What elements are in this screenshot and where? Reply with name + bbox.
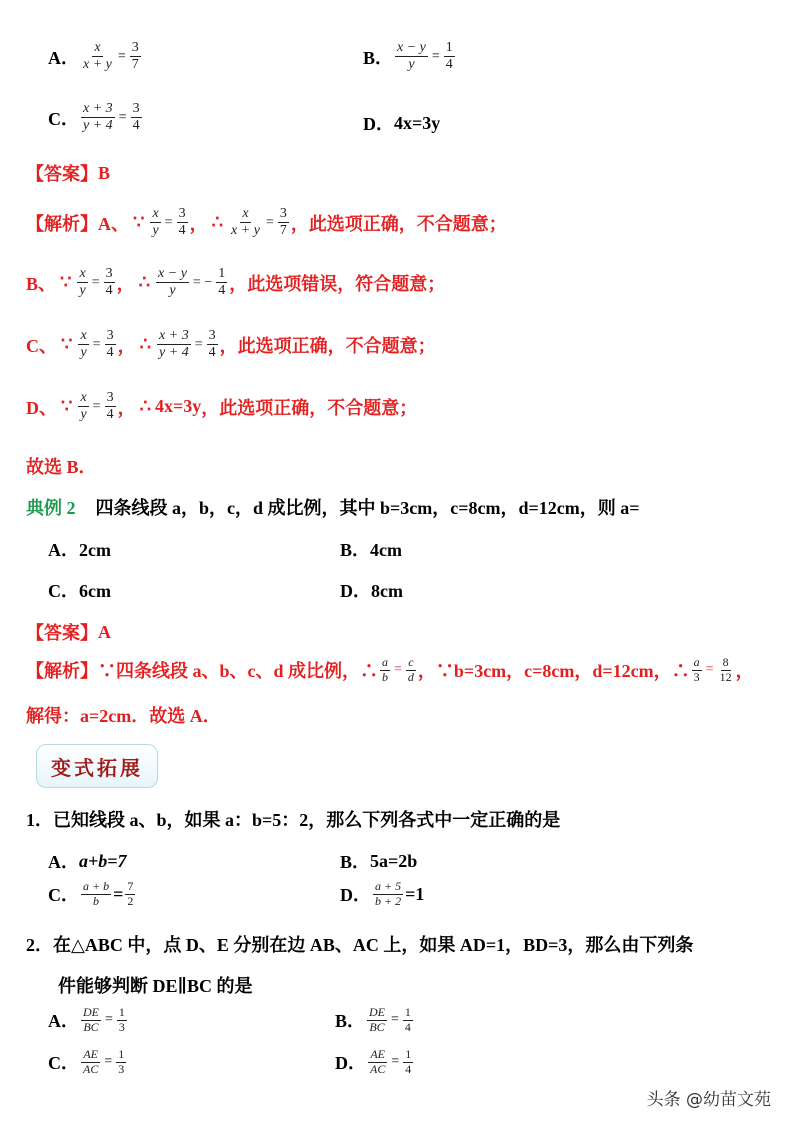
exercise1-option-d: D． a + 5b + 2 =1 bbox=[340, 880, 424, 909]
option-label: B． bbox=[340, 848, 370, 874]
denominator: 2 bbox=[125, 895, 135, 909]
analysis-text: ∵四条线段 a、b、c、d 成比例，∴ bbox=[98, 657, 378, 683]
numerator: x bbox=[78, 328, 88, 345]
exercise1-question: 1．已知线段 a、b，如果 a：b=5：2，那么下列各式中一定正确的是 bbox=[26, 806, 560, 832]
fraction: 34 bbox=[104, 266, 115, 299]
denominator: y bbox=[406, 57, 416, 73]
fraction: AEAC bbox=[368, 1048, 387, 1077]
equals: = bbox=[93, 337, 101, 353]
denominator: 4 bbox=[403, 1021, 413, 1035]
numerator: 3 bbox=[278, 206, 289, 223]
denominator: y bbox=[78, 345, 88, 361]
watermark-text: 头条 @幼苗文苑 bbox=[647, 1090, 771, 1110]
fraction: 34 bbox=[177, 206, 188, 239]
section-banner-title: 变式拓展 bbox=[51, 752, 143, 781]
fraction: 37 bbox=[278, 206, 289, 239]
ex1-option-a: A． xx + y = 37 bbox=[48, 40, 143, 73]
fraction: xy bbox=[150, 206, 160, 239]
answer-tag: 【答案】 bbox=[26, 619, 98, 645]
equals: = bbox=[105, 1012, 113, 1028]
analysis-text: ，∵b=3cm，c=8cm，d=12cm，∴ bbox=[418, 657, 690, 683]
exercise2-option-b: B． DEBC = 14 bbox=[335, 1006, 415, 1035]
comma: ， bbox=[118, 394, 136, 420]
numerator: 3 bbox=[104, 266, 115, 283]
fraction: xy bbox=[78, 328, 88, 361]
numerator: 1 bbox=[117, 1006, 127, 1021]
fraction: x − yy bbox=[156, 266, 189, 299]
equals: = − bbox=[193, 275, 212, 291]
fraction: xx + y bbox=[81, 40, 114, 73]
equals: = bbox=[93, 399, 101, 415]
numerator: 7 bbox=[125, 880, 135, 895]
equals: = bbox=[706, 662, 714, 678]
denominator: 4 bbox=[105, 407, 116, 423]
numerator: x bbox=[78, 390, 88, 407]
fraction: 812 bbox=[718, 656, 734, 685]
denominator: 4 bbox=[403, 1063, 413, 1077]
numerator: 3 bbox=[207, 328, 218, 345]
ex1-conclusion: 故选 B． bbox=[26, 453, 97, 479]
exercise2-question-line2: 件能够判断 DE∥BC 的是 bbox=[58, 972, 253, 998]
numerator: x bbox=[240, 206, 250, 223]
denominator: 4 bbox=[216, 283, 227, 299]
denominator: y bbox=[77, 283, 87, 299]
because-symbol: ∵ bbox=[61, 334, 72, 355]
option-label: A． bbox=[48, 1007, 79, 1033]
ex2-analysis: 【解析】 ∵四条线段 a、b、c、d 成比例，∴ ab = cd ，∵b=3cm… bbox=[26, 656, 754, 685]
equals: = bbox=[432, 49, 440, 65]
numerator: x + 3 bbox=[157, 328, 191, 345]
question-text: 1．已知线段 a、b，如果 a：b=5：2，那么下列各式中一定正确的是 bbox=[26, 806, 560, 832]
question-text: 件能够判断 DE∥BC 的是 bbox=[58, 972, 253, 998]
exercise1-option-b: B． 5a=2b bbox=[340, 848, 417, 874]
fraction: DEBC bbox=[81, 1006, 101, 1035]
numerator: a bbox=[380, 656, 390, 671]
numerator: x bbox=[150, 206, 160, 223]
because-symbol: ∵ bbox=[60, 272, 71, 293]
fraction: 14 bbox=[403, 1006, 413, 1035]
numerator: 3 bbox=[130, 40, 141, 57]
option-text: B．4cm bbox=[340, 536, 402, 562]
option-label: C． bbox=[48, 1049, 79, 1075]
denominator: y bbox=[78, 407, 88, 423]
numerator: a bbox=[692, 656, 702, 671]
equals: = bbox=[104, 1054, 112, 1070]
denominator: y + 4 bbox=[157, 345, 191, 361]
fraction: x + 3y + 4 bbox=[81, 101, 115, 134]
question-text: 2．在△ABC 中，点 D、E 分别在边 AB、AC 上，如果 AD=1，BD=… bbox=[26, 931, 693, 957]
numerator: a + 5 bbox=[373, 880, 403, 895]
option-label: B． bbox=[335, 1007, 365, 1033]
option-tail: =1 bbox=[405, 884, 424, 905]
exercise2-option-d: D． AEAC = 14 bbox=[335, 1048, 415, 1077]
denominator: 7 bbox=[278, 223, 289, 239]
ex1-analysis-a: 【解析】 A、 ∵ xy = 34 ， ∴ xx + y = 37 ，此选项正确… bbox=[26, 206, 507, 239]
denominator: 4 bbox=[131, 118, 142, 134]
equals: = bbox=[394, 662, 402, 678]
numerator: 3 bbox=[105, 390, 116, 407]
denominator: d bbox=[406, 671, 416, 685]
question-text: 四条线段 a，b，c，d 成比例，其中 b=3cm，c=8cm，d=12cm，则… bbox=[96, 494, 640, 520]
because-symbol: ∵ bbox=[61, 396, 72, 417]
numerator: 1 bbox=[444, 40, 455, 57]
fraction: 14 bbox=[216, 266, 227, 299]
case-text: ，此选项正确，不合题意； bbox=[220, 332, 436, 358]
analysis-text: ， bbox=[736, 657, 754, 683]
therefore-symbol: ∴ bbox=[139, 272, 150, 293]
fraction: 37 bbox=[130, 40, 141, 73]
denominator: b bbox=[91, 895, 101, 909]
equals: = bbox=[118, 49, 126, 65]
ex1-analysis-d: D、 ∵ xy = 34 ， ∴ 4x=3y ，此选项正确，不合题意； bbox=[26, 390, 417, 423]
fraction: AEAC bbox=[81, 1048, 100, 1077]
equals: = bbox=[92, 275, 100, 291]
because-symbol: ∵ bbox=[133, 212, 144, 233]
therefore-symbol: ∴ bbox=[140, 334, 151, 355]
equals: = bbox=[119, 110, 127, 126]
numerator: c bbox=[406, 656, 415, 671]
option-label: D． bbox=[340, 881, 371, 907]
denominator: y bbox=[150, 223, 160, 239]
numerator: a + b bbox=[81, 880, 111, 895]
ex1-answer: 【答案】 B bbox=[26, 160, 110, 186]
fraction: cd bbox=[406, 656, 416, 685]
numerator: 3 bbox=[105, 328, 116, 345]
numerator: x bbox=[77, 266, 87, 283]
fraction: x − yy bbox=[395, 40, 428, 73]
fraction: 13 bbox=[117, 1006, 127, 1035]
option-label: A． bbox=[48, 44, 79, 70]
case-text: ，此选项正确，不合题意； bbox=[201, 394, 417, 420]
equals: = bbox=[391, 1012, 399, 1028]
case-prefix: B、 bbox=[26, 270, 56, 296]
denominator: 4 bbox=[207, 345, 218, 361]
ex1-option-b: B． x − yy = 14 bbox=[363, 40, 457, 73]
ex2-answer: 【答案】 A bbox=[26, 619, 111, 645]
equals: = bbox=[165, 215, 173, 231]
fraction: 34 bbox=[105, 390, 116, 423]
fraction: 14 bbox=[403, 1048, 413, 1077]
option-label: C． bbox=[48, 105, 79, 131]
case-prefix: D、 bbox=[26, 394, 57, 420]
fraction: xx + y bbox=[229, 206, 262, 239]
fraction: 34 bbox=[105, 328, 116, 361]
fraction: 13 bbox=[116, 1048, 126, 1077]
fraction: x + 3y + 4 bbox=[157, 328, 191, 361]
numerator: AE bbox=[368, 1048, 387, 1063]
answer-tag: 【答案】 bbox=[26, 160, 98, 186]
fraction: ab bbox=[380, 656, 390, 685]
fraction: a3 bbox=[692, 656, 702, 685]
numerator: 1 bbox=[116, 1048, 126, 1063]
numerator: 8 bbox=[721, 656, 731, 671]
exercise2-question-line1: 2．在△ABC 中，点 D、E 分别在边 AB、AC 上，如果 AD=1，BD=… bbox=[26, 931, 693, 957]
numerator: DE bbox=[367, 1006, 387, 1021]
denominator: AC bbox=[368, 1063, 387, 1077]
denominator: 3 bbox=[692, 671, 702, 685]
option-text: A．2cm bbox=[48, 536, 111, 562]
case-text: ，此选项正确，不合题意； bbox=[291, 210, 507, 236]
denominator: 4 bbox=[104, 283, 115, 299]
fraction: 14 bbox=[444, 40, 455, 73]
analysis-tag: 【解析】 bbox=[26, 210, 98, 236]
therefore-symbol: ∴ bbox=[140, 396, 151, 417]
analysis-tag: 【解析】 bbox=[26, 657, 98, 683]
numerator: x bbox=[92, 40, 102, 57]
denominator: 4 bbox=[444, 57, 455, 73]
denominator: y + 4 bbox=[81, 118, 115, 134]
option-text: a+b=7 bbox=[79, 851, 127, 872]
equals: = bbox=[391, 1054, 399, 1070]
ex1-analysis-b: B、 ∵ xy = 34 ， ∴ x − yy = − 14 ，此选项错误，符合… bbox=[26, 266, 445, 299]
numerator: AE bbox=[81, 1048, 100, 1063]
numerator: 1 bbox=[403, 1048, 413, 1063]
comma: ， bbox=[117, 270, 135, 296]
result-text: 4x=3y bbox=[155, 396, 201, 417]
denominator: AC bbox=[81, 1063, 100, 1077]
ex1-analysis-c: C、 ∵ xy = 34 ， ∴ x + 3y + 4 = 34 ，此选项正确，… bbox=[26, 328, 436, 361]
analysis-text: 解得：a=2cm．故选 A． bbox=[26, 702, 221, 728]
fraction: xy bbox=[78, 390, 88, 423]
answer-value: B bbox=[98, 163, 110, 184]
ex2-option-b: B．4cm bbox=[340, 536, 402, 562]
denominator: 4 bbox=[177, 223, 188, 239]
option-label: C． bbox=[48, 881, 79, 907]
numerator: x − y bbox=[395, 40, 428, 57]
ex2-option-d: D．8cm bbox=[340, 577, 403, 603]
denominator: x + y bbox=[81, 57, 114, 73]
answer-value: A bbox=[98, 622, 111, 643]
exercise1-option-c: C． a + bb = 72 bbox=[48, 880, 137, 909]
numerator: x + 3 bbox=[81, 101, 115, 118]
fraction: a + bb bbox=[81, 880, 111, 909]
option-label: D． bbox=[335, 1049, 366, 1075]
ex2-option-c: C．6cm bbox=[48, 577, 111, 603]
option-text: 5a=2b bbox=[370, 851, 417, 872]
case-prefix: C、 bbox=[26, 332, 57, 358]
ex1-option-d: D． 4x=3y bbox=[363, 110, 440, 136]
therefore-symbol: ∴ bbox=[212, 212, 223, 233]
denominator: BC bbox=[81, 1021, 100, 1035]
denominator: x + y bbox=[229, 223, 262, 239]
fraction: 34 bbox=[207, 328, 218, 361]
denominator: 4 bbox=[105, 345, 116, 361]
denominator: 3 bbox=[117, 1021, 127, 1035]
example-tag: 典例 2 bbox=[26, 494, 76, 520]
denominator: y bbox=[167, 283, 177, 299]
ex2-option-a: A．2cm bbox=[48, 536, 111, 562]
numerator: 3 bbox=[177, 206, 188, 223]
exercise1-option-a: A． a+b=7 bbox=[48, 848, 127, 874]
comma: ， bbox=[118, 332, 136, 358]
case-prefix: A、 bbox=[98, 210, 129, 236]
exercise2-option-c: C． AEAC = 13 bbox=[48, 1048, 128, 1077]
option-text: C．6cm bbox=[48, 577, 111, 603]
ex2-analysis-line2: 解得：a=2cm．故选 A． bbox=[26, 702, 221, 728]
denominator: b bbox=[380, 671, 390, 685]
numerator: 3 bbox=[131, 101, 142, 118]
ex1-option-c: C． x + 3y + 4 = 34 bbox=[48, 101, 144, 134]
numerator: DE bbox=[81, 1006, 101, 1021]
denominator: 3 bbox=[116, 1063, 126, 1077]
fraction: 72 bbox=[125, 880, 135, 909]
denominator: BC bbox=[367, 1021, 386, 1035]
denominator: b + 2 bbox=[373, 895, 403, 909]
watermark: 头条 @幼苗文苑 bbox=[647, 1085, 771, 1110]
denominator: 7 bbox=[130, 57, 141, 73]
fraction: a + 5b + 2 bbox=[373, 880, 403, 909]
numerator: 1 bbox=[216, 266, 227, 283]
exercise2-option-a: A． DEBC = 13 bbox=[48, 1006, 129, 1035]
equals: = bbox=[113, 884, 123, 905]
option-text: 4x=3y bbox=[394, 113, 440, 134]
fraction: xy bbox=[77, 266, 87, 299]
equals: = bbox=[195, 337, 203, 353]
equals: = bbox=[266, 215, 274, 231]
option-label: A． bbox=[48, 848, 79, 874]
numerator: 1 bbox=[403, 1006, 413, 1021]
option-text: D．8cm bbox=[340, 577, 403, 603]
option-label: B． bbox=[363, 44, 393, 70]
option-label: D． bbox=[363, 110, 394, 136]
fraction: 34 bbox=[131, 101, 142, 134]
numerator: x − y bbox=[156, 266, 189, 283]
comma: ， bbox=[190, 210, 208, 236]
denominator: 12 bbox=[718, 671, 734, 685]
conclusion-text: 故选 B． bbox=[26, 453, 97, 479]
case-text: ，此选项错误，符合题意； bbox=[229, 270, 445, 296]
fraction: DEBC bbox=[367, 1006, 387, 1035]
section-banner: 变式拓展 bbox=[36, 744, 158, 788]
ex2-question: 典例 2 四条线段 a，b，c，d 成比例，其中 b=3cm，c=8cm，d=1… bbox=[26, 494, 640, 520]
